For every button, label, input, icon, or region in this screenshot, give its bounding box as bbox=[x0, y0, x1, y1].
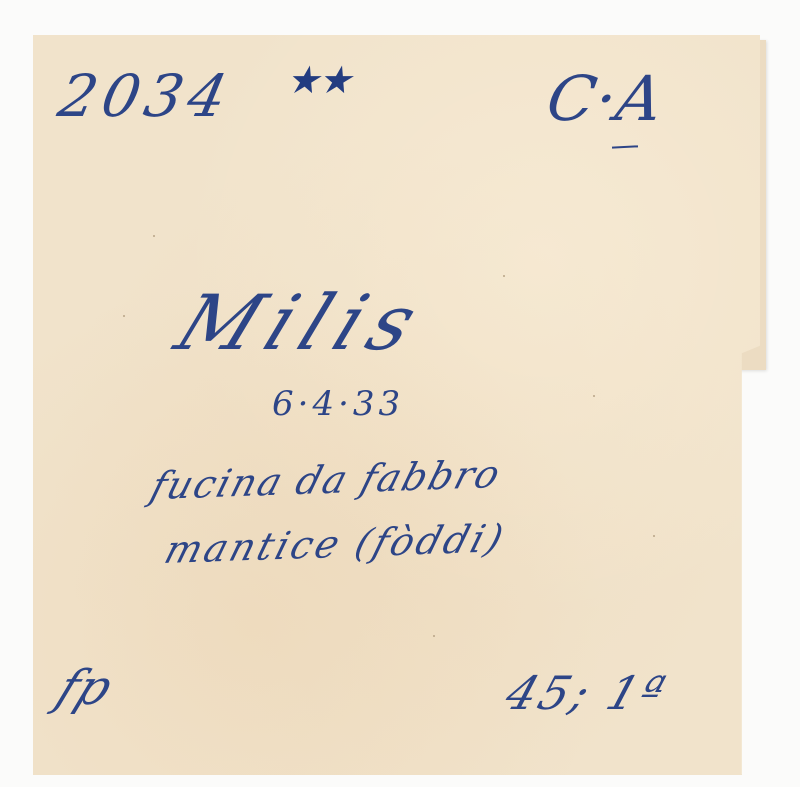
paper-speck bbox=[503, 275, 505, 277]
paper-speck bbox=[123, 315, 125, 317]
reference-number: 45; 1ª bbox=[499, 666, 674, 720]
place-name: Milis bbox=[164, 278, 440, 367]
initials: C·A bbox=[542, 62, 670, 135]
date: 6·4·33 bbox=[272, 384, 404, 424]
rating-stars: ★★ bbox=[286, 58, 350, 102]
catalog-number: 2034 bbox=[53, 62, 239, 130]
paper-speck bbox=[593, 395, 595, 397]
paper-speck bbox=[653, 535, 655, 537]
paper-speck bbox=[153, 235, 155, 237]
paper-speck bbox=[433, 635, 435, 637]
